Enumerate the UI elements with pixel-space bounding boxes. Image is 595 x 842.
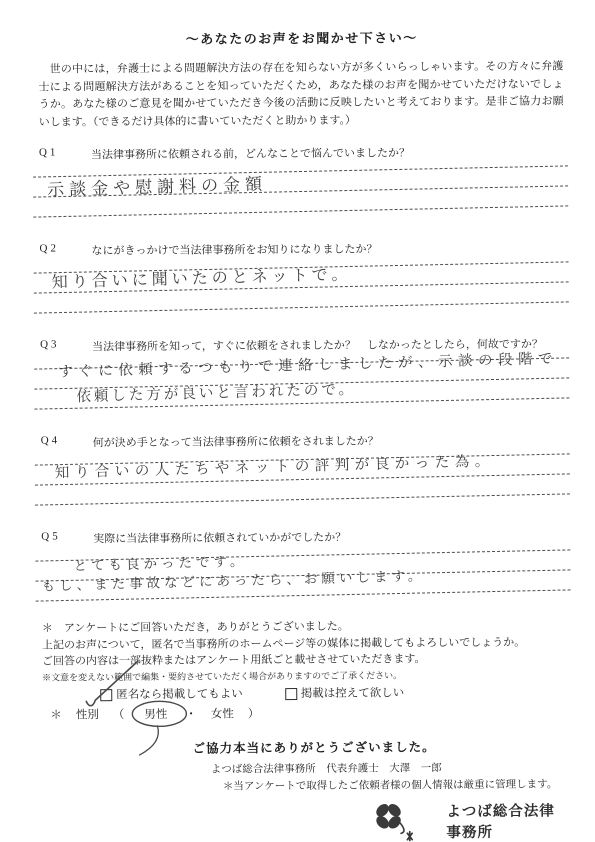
checkbox-label: 匿名なら掲載してもよい bbox=[116, 686, 243, 703]
question-number: Q5 bbox=[41, 530, 93, 546]
question-text: 実際に当法律事務所に依頼されていかがでしたか？ bbox=[93, 527, 568, 546]
question-block-q1: Q1 当法律事務所に依頼される前，どんなことで悩んでいましたか？ 示談金や慰謝料… bbox=[39, 143, 566, 227]
checkbox-square bbox=[285, 688, 297, 700]
answer-dashed-line bbox=[35, 493, 570, 505]
footer-section: ご協力本当にありがとうございました。 よつば総合法律事務所 代表弁護士 大澤 一… bbox=[43, 736, 571, 842]
paren-open: （ bbox=[113, 707, 125, 724]
question-text: なにがきっかけで当法律事務所をお知りになりましたか？ bbox=[91, 239, 566, 258]
answer-area-q1: 示談金や慰謝料の金額 bbox=[39, 164, 566, 227]
edit-note: ※文意を変えない範囲で編集・要約させていただく場合がありますのでご了承ください。 bbox=[42, 667, 569, 684]
answer-dashed-line bbox=[33, 205, 568, 217]
question-block-q2: Q2 なにがきっかけで当法律事務所をお知りになりましたか？ 知り合いに聞いたのと… bbox=[39, 239, 566, 323]
intro-paragraph: 世の中には，弁護士による問題解決方法の存在を知らない方が多くいらっしゃいます。そ… bbox=[38, 58, 563, 131]
question-row: Q2 なにがきっかけで当法律事務所をお知りになりましたか？ bbox=[39, 239, 566, 258]
firm-logo-text: よつば総合法律事務所 bbox=[446, 799, 570, 842]
privacy-note: ＊当アンケートで取得したご依頼者様の個人情報は厳重に管理します。 bbox=[223, 776, 570, 793]
question-block-q5: Q5 実際に当法律事務所に依頼されていかがでしたか？ とても良かったです。 もし… bbox=[41, 527, 568, 611]
question-row: Q4 何が決め手となって当法律事務所に依頼をされましたか？ bbox=[41, 431, 568, 450]
question-number: Q2 bbox=[39, 242, 91, 258]
firm-logo-row: よつば総合法律事務所 bbox=[373, 795, 570, 842]
gender-row: ＊ 性別 （ 男性 ・ 女性 ） bbox=[50, 704, 569, 724]
question-block-q4: Q4 何が決め手となって当法律事務所に依頼をされましたか？ 知り合いの人たちやネ… bbox=[41, 431, 568, 515]
gender-option-male: 男性 bbox=[138, 707, 173, 724]
checkbox-square bbox=[100, 689, 112, 701]
checkbox-refuse-publish: 掲載は控えて欲しい bbox=[285, 685, 405, 702]
answer-area-q3: すぐに依頼するつもりで連絡しましたが、示談の段階で 依頼した方が良いと言われたの… bbox=[40, 356, 567, 419]
gender-option-female: 女性 bbox=[211, 706, 234, 723]
handwritten-answer: 示談金や慰謝料の金額 bbox=[47, 170, 268, 201]
footer-thanks: ご協力本当にありがとうございました。 bbox=[193, 736, 570, 756]
checkbox-label: 掲載は控えて欲しい bbox=[301, 685, 405, 702]
paren-close: ） bbox=[248, 706, 260, 723]
question-text: 何が決め手となって当法律事務所に依頼をされましたか？ bbox=[93, 431, 568, 450]
checkbox-anonymous-publish: 匿名なら掲載してもよい bbox=[100, 686, 243, 703]
firm-representative-line: よつば総合法律事務所 代表弁護士 大澤 一郎 bbox=[211, 759, 570, 776]
question-row: Q1 当法律事務所に依頼される前，どんなことで悩んでいましたか？ bbox=[39, 143, 566, 162]
answer-area-q5: とても良かったです。 もし、また事故などにあったら、お願いします。 bbox=[41, 548, 568, 611]
answer-area-q2: 知り合いに聞いたのとネットで。 bbox=[40, 260, 567, 323]
closing-section: ＊ アンケートにご回答いただき，ありがとうございました。 上記のお声について，匿… bbox=[42, 617, 570, 724]
question-number: Q1 bbox=[39, 146, 91, 162]
answer-area-q4: 知り合いの人たちやネットの評判が良かった為。 bbox=[41, 452, 568, 515]
scanned-questionnaire-page: 〜あなたのお声をお聞かせ下さい〜 世の中には，弁護士による問題解決方法の存在を知… bbox=[0, 0, 595, 842]
gender-option-male-label: 男性 bbox=[144, 709, 167, 721]
question-number: Q3 bbox=[40, 338, 92, 354]
answer-dashed-line bbox=[34, 301, 569, 313]
publish-permission-line-1: 上記のお声について，匿名で当事務所のホームページ等の媒体に掲載してもよろしいでし… bbox=[42, 634, 569, 654]
question-row: Q5 実際に当法律事務所に依頼されていかがでしたか？ bbox=[41, 527, 568, 546]
clover-logo-icon bbox=[373, 796, 423, 842]
handwritten-answer: 知り合いの人たちやネットの評判が良かった為。 bbox=[55, 450, 495, 483]
publish-choice-row: 匿名なら掲載してもよい 掲載は控えて欲しい bbox=[100, 684, 569, 703]
question-block-q3: Q3 当法律事務所を知って，すぐに依頼をされましたか？ しなかったとしたら，何故… bbox=[40, 335, 567, 419]
asterisk-mark: ＊ bbox=[50, 707, 62, 724]
question-number: Q4 bbox=[41, 434, 93, 450]
gender-label: 性別 bbox=[76, 707, 99, 724]
question-text: 当法律事務所に依頼される前，どんなことで悩んでいましたか？ bbox=[91, 143, 566, 162]
separator-dot: ・ bbox=[185, 707, 197, 724]
page-title: 〜あなたのお声をお聞かせ下さい〜 bbox=[38, 26, 565, 48]
